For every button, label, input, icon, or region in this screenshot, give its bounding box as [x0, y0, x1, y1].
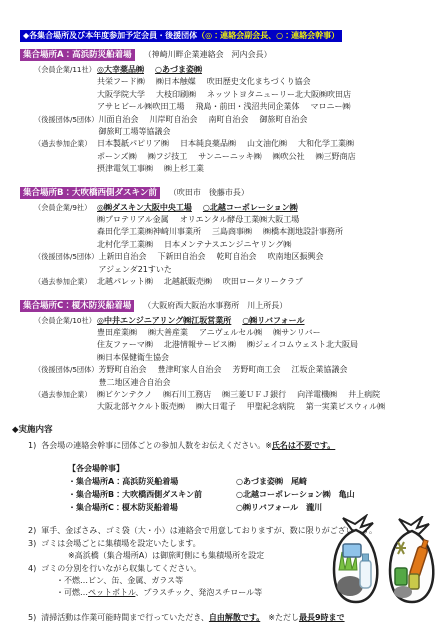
section-subtitle: （吹田市 後藤市長） [169, 188, 249, 197]
member-name: 乾町自治会 [217, 252, 257, 261]
item-number: 4) [28, 564, 36, 573]
meeting-section-A: 集合場所A：高浜防災船着場（神崎川畔企業連絡会 河内会長）（会員企業/11社）◎… [20, 45, 442, 176]
member-line: アサヒビール㈱吹田工場飛島・前田・浅沼共同企業体マロニー㈱ [97, 101, 442, 113]
group-row: （過去参加企業）北越パレット㈱北越紙販売㈱吹田ロータリークラブ [34, 276, 442, 288]
text-part: 各会場の連絡会幹事に団体ごとの参加人数をお伝えください。※ [41, 441, 272, 450]
member-name: 御旅町自治会 [260, 115, 308, 124]
group-lines: ◎大幸薬品㈱○あづま姿㈱共栄フード㈱㈱日本触媒吹田歴史文化まちづくり協会大阪学院… [97, 64, 442, 114]
member-name: 甲聖紀念病院 [247, 402, 295, 411]
member-name: 川岸町自治会 [150, 115, 198, 124]
member-line: アジェンダ21すいた [99, 264, 442, 276]
member-name: ㈱三菱ＵＦＪ銀行 [222, 390, 286, 399]
document-header-bar: ◆各集合場所及び本年度参加予定会員・後援団体（◎：連絡会副会長、○：連絡会幹事） [20, 30, 342, 42]
text-part: 、プラスチック、発泡スチロール等 [135, 588, 262, 597]
group-lines: 川面自治会川岸町自治会南町自治会御旅町自治会御旅町工場等協議会 [99, 114, 442, 139]
member-name: ㈱日本保健衛生協会 [97, 353, 169, 362]
meeting-section-C: 集合場所C：榎木防災船着場（大阪府西大阪治水事務所 川上所長）（会員企業/10社… [20, 296, 442, 414]
member-name: アジェンダ21すいた [99, 265, 172, 274]
member-line: ㈱プロテリアル金属オリエンタル酵母工業㈱大阪工場 [97, 214, 442, 226]
member-name: 豊田産業㈱ [97, 328, 137, 337]
member-name: オリエンタル酵母工業㈱大阪工場 [180, 215, 300, 224]
item-text: ゴミは会場ごとに集積場を設定いたします。 [41, 539, 200, 548]
stewards-block-title: 【各会場幹事】 [68, 463, 442, 476]
member-line: 上新田自治会下新田自治会乾町自治会吹南地区振興会 [99, 251, 442, 263]
member-name: ㈱上杉工業 [164, 164, 204, 173]
member-name: 豊二地区連合自治会 [99, 378, 171, 387]
member-name: 飛島・前田・浅沼共同企業体 [196, 102, 300, 111]
member-name: 森田化学工業㈱神崎川事業所 [97, 227, 201, 236]
section-title: 集合場所B：大吹橋西側ダスキン前 [20, 187, 160, 199]
member-name: ㈱ビケンテクノ [97, 390, 152, 399]
text-part: ・可燃… [56, 588, 88, 597]
member-line: 共栄フード㈱㈱日本触媒吹田歴史文化まちづくり協会 [97, 76, 442, 88]
stewards-block: 【各会場幹事】・集合場所A：高浜防災船着場○あづま姿㈱ 尾崎・集合場所B：大吹橋… [68, 463, 442, 514]
document-page: ◆各集合場所及び本年度参加予定会員・後援団体（◎：連絡会副会長、○：連絡会幹事）… [0, 0, 442, 626]
contact-person: ○あづま姿㈱ 尾崎 [236, 476, 307, 489]
member-name: アニヴェルセル㈱ [199, 328, 262, 337]
member-name: ○あづま姿㈱ [155, 65, 202, 74]
group-row: （会員企業/9社）◎㈱ダスキン大阪中央工場○北越コーポレーション㈱㈱プロテリアル… [34, 202, 442, 252]
meeting-sections: 集合場所A：高浜防災船着場（神崎川畔企業連絡会 河内会長）（会員企業/11社）◎… [0, 45, 442, 414]
member-line: 住友ファーマ㈱北港情報サービス㈱㈱ジェイコムウェスト北大阪局 [97, 339, 442, 351]
member-line: ◎大幸薬品㈱○あづま姿㈱ [97, 64, 442, 76]
trash-bags-illustration [329, 510, 439, 606]
member-name: 摂津電気工事㈱ [97, 164, 153, 173]
member-name: 共栄フード㈱ [97, 77, 145, 86]
meeting-place: ・集合場所B：大吹橋西側ダスキン前 [68, 489, 236, 502]
text-part: ペットボトル [88, 588, 135, 597]
member-name: ポーンズ㈱ [97, 152, 137, 161]
member-line: ㈱ビケンテクノ㈱石川工務店㈱三菱ＵＦＪ銀行向洋電機㈱井上病院 [97, 389, 442, 401]
group-lines: ㈱ビケンテクノ㈱石川工務店㈱三菱ＵＦＪ銀行向洋電機㈱井上病院大阪北部ヤクルト販売… [97, 389, 442, 414]
text-part: ※ただし [260, 613, 299, 622]
member-line: 豊二地区連合自治会 [99, 377, 442, 389]
garbage-bag-icon-left [329, 514, 383, 606]
contact-person: ○北越コーポレーション㈱ 亀山 [236, 489, 355, 502]
member-name: 向洋電機㈱ [297, 390, 337, 399]
group-label: （過去参加企業） [34, 389, 97, 401]
member-name: 山文油化㈱ [247, 139, 287, 148]
group-lines: 日本製紙パピリア㈱日本純良薬品㈱山文油化㈱大和化学工業㈱ポーンズ㈱㈱フジ技工サン… [97, 138, 442, 175]
text-part: 氏名は不要です。 [272, 441, 335, 450]
impl-numbered-item: 5)清掃活動は作業可能時間まで行っていただき、自由解散です。 ※ただし最長9時ま… [28, 612, 442, 624]
section-heading: 集合場所C：榎木防災船着場（大阪府西大阪治水事務所 川上所長） [20, 296, 442, 313]
member-name: ○北越コーポレーション㈱ [203, 203, 298, 212]
member-name: ㈱三野商店 [316, 152, 356, 161]
member-name: 江坂企業協議会 [292, 365, 348, 374]
group-label: （会員企業/9社） [34, 202, 97, 214]
item-number: 2) [28, 526, 36, 535]
header-title: ◆各集合場所及び本年度参加予定会員・後援団体 [23, 31, 197, 40]
member-name: 川面自治会 [99, 115, 139, 124]
member-line: ポーンズ㈱㈱フジ技工サンニーニッキ㈱㈱吹公社㈱三野商店 [97, 151, 442, 163]
header-legend: （◎：連絡会副会長、○：連絡会幹事） [197, 31, 339, 40]
member-name: 下新田自治会 [158, 252, 206, 261]
member-name: ネッツトヨタニューリー北大阪㈱吹田店 [207, 90, 351, 99]
group-label: （過去参加企業） [34, 276, 97, 288]
group-lines: ◎中井エンジニアリング㈱江坂営業所○㈱リバフォール豊田産業㈱㈱大善産業アニヴェル… [97, 315, 442, 365]
group-label: （後援団体/5団体） [34, 114, 99, 126]
steward-row: ・集合場所B：大吹橋西側ダスキン前○北越コーポレーション㈱ 亀山 [68, 489, 442, 502]
member-line: 北村化学工業㈱日本メンテナスエンジニヤリング㈱ [97, 239, 442, 251]
member-line: 日本製紙パピリア㈱日本純良薬品㈱山文油化㈱大和化学工業㈱ [97, 138, 442, 150]
member-name: 北越紙販売㈱ [164, 277, 212, 286]
meeting-section-B: 集合場所B：大吹橋西側ダスキン前（吹田市 後藤市長）（会員企業/9社）◎㈱ダスキ… [20, 183, 442, 289]
member-line: 摂津電気工事㈱㈱上杉工業 [97, 163, 442, 175]
member-name: ㈱サンリバー [273, 328, 320, 337]
implementation-heading: ◆実施内容 [12, 424, 442, 437]
group-lines: 芳野町自治会豊津町家人自治会芳野町商工会江坂企業協議会豊二地区連合自治会 [99, 364, 442, 389]
member-name: 日本製紙パピリア㈱ [97, 139, 169, 148]
member-name: 大阪学院大学 [97, 90, 145, 99]
member-name: 御旅町工場等協議会 [99, 127, 171, 136]
member-name: 北港情報サービス㈱ [164, 340, 236, 349]
member-name: ㈱プロテリアル金属 [97, 215, 169, 224]
text-part: 軍手、金ばさみ、ゴミ袋（大・小）は連絡会で用意しておりますが、数に限りがございま… [41, 526, 377, 535]
member-name: ㈱大日電子 [196, 402, 236, 411]
contact-person: ○㈱リバフォール 瀧川 [236, 502, 322, 515]
member-name: 吹田ロータリークラブ [223, 277, 303, 286]
group-row: （会員企業/11社）◎大幸薬品㈱○あづま姿㈱共栄フード㈱㈱日本触媒吹田歴史文化ま… [34, 64, 442, 114]
group-label: （過去参加企業） [34, 138, 97, 150]
member-name: 井上病院 [348, 390, 380, 399]
meeting-place: ・集合場所C：榎木防災船着場 [68, 502, 236, 515]
item-text: 清掃活動は作業可能時間まで行っていただき、自由解散です。 ※ただし最長9時まで [41, 613, 344, 622]
item-text: ゴミの分別を行いながら収集してください。 [41, 564, 201, 573]
member-name: 三島商事㈱ [212, 227, 252, 236]
section-heading: 集合場所A：高浜防災船着場（神崎川畔企業連絡会 河内会長） [20, 45, 442, 62]
member-line: ㈱日本保健衛生協会 [97, 352, 442, 364]
member-line: 芳野町自治会豊津町家人自治会芳野町商工会江坂企業協議会 [99, 364, 442, 376]
impl-numbered-item: 1)各会場の連絡会幹事に団体ごとの参加人数をお伝えください。※氏名は不要です。 [28, 440, 442, 452]
item-number: 5) [28, 613, 36, 622]
text-part: 清掃活動は作業可能時間まで行っていただき、 [41, 613, 209, 622]
member-name: マロニー㈱ [311, 102, 351, 111]
member-name: ㈱石川工務店 [163, 390, 211, 399]
member-name: ㈱大善産業 [148, 328, 188, 337]
section-title: 集合場所C：榎木防災船着場 [20, 300, 134, 312]
member-line: ◎中井エンジニアリング㈱江坂営業所○㈱リバフォール [97, 315, 442, 327]
item-number: 3) [28, 539, 36, 548]
member-line: 森田化学工業㈱神崎川事業所三島商事㈱㈱橋本測地設計事務所 [97, 226, 442, 238]
group-label: （会員企業/10社） [34, 315, 97, 327]
member-name: アサヒビール㈱吹田工場 [97, 102, 185, 111]
member-name: サンニーニッキ㈱ [198, 152, 261, 161]
group-label: （会員企業/11社） [34, 64, 97, 76]
member-name: 北村化学工業㈱ [97, 240, 153, 249]
member-line: 御旅町工場等協議会 [99, 126, 442, 138]
member-name: 大阪北部ヤクルト販売㈱ [97, 402, 185, 411]
member-name: ㈱フジ技工 [148, 152, 188, 161]
text-part: ゴミは会場ごとに集積場を設定いたします。 [41, 539, 200, 548]
text-part: ゴミの分別を行いながら収集してください。 [41, 564, 201, 573]
group-row: （後援団体/5団体）川面自治会川岸町自治会南町自治会御旅町自治会御旅町工場等協議… [34, 114, 442, 139]
member-line: 川面自治会川岸町自治会南町自治会御旅町自治会 [99, 114, 442, 126]
member-name: 豊津町家人自治会 [158, 365, 222, 374]
member-name: 北越パレット㈱ [97, 277, 153, 286]
text-part: 自由解散です。 [209, 613, 260, 622]
item-text: 軍手、金ばさみ、ゴミ袋（大・小）は連絡会で用意しておりますが、数に限りがございま… [41, 526, 377, 535]
member-name: ㈱ジェイコムウェスト北大阪局 [247, 340, 358, 349]
group-label: （後援団体/5団体） [34, 364, 99, 376]
member-name: 吹田歴史文化まちづくり協会 [207, 77, 311, 86]
member-name: 第一実業ビスウィル㈱ [306, 402, 386, 411]
member-name: ◎中井エンジニアリング㈱江坂営業所 [97, 316, 231, 325]
steward-row: ・集合場所A：高浜防災船着場○あづま姿㈱ 尾崎 [68, 476, 442, 489]
member-line: 北越パレット㈱北越紙販売㈱吹田ロータリークラブ [97, 276, 442, 288]
section-heading: 集合場所B：大吹橋西側ダスキン前（吹田市 後藤市長） [20, 183, 442, 200]
member-name: 大和化学工業㈱ [298, 139, 354, 148]
group-row: （過去参加企業）㈱ビケンテクノ㈱石川工務店㈱三菱ＵＦＪ銀行向洋電機㈱井上病院大阪… [34, 389, 442, 414]
member-name: ㈱吹公社 [273, 152, 305, 161]
member-name: ○㈱リバフォール [242, 316, 304, 325]
group-row: （後援団体/5団体）芳野町自治会豊津町家人自治会芳野町商工会江坂企業協議会豊二地… [34, 364, 442, 389]
member-name: 南町自治会 [209, 115, 249, 124]
member-line: 大阪北部ヤクルト販売㈱㈱大日電子甲聖紀念病院第一実業ビスウィル㈱ [97, 401, 442, 413]
group-lines: 北越パレット㈱北越紙販売㈱吹田ロータリークラブ [97, 276, 442, 288]
group-row: （過去参加企業）日本製紙パピリア㈱日本純良薬品㈱山文油化㈱大和化学工業㈱ポーンズ… [34, 138, 442, 175]
text-part: ・不燃…ビン、缶、金属、ガラス等 [56, 576, 183, 585]
member-name: 大枝印刷㈱ [156, 90, 196, 99]
group-label: （後援団体/5団体） [34, 251, 99, 263]
section-title: 集合場所A：高浜防災船着場 [20, 49, 135, 61]
member-name: 日本メンテナスエンジニヤリング㈱ [164, 240, 291, 249]
section-subtitle: （神崎川畔企業連絡会 河内会長） [144, 50, 272, 59]
member-name: 芳野町商工会 [233, 365, 281, 374]
member-name: ◎㈱ダスキン大阪中央工場 [97, 203, 192, 212]
member-name: 芳野町自治会 [99, 365, 147, 374]
section-subtitle: （大阪府西大阪治水事務所 川上所長） [143, 301, 287, 310]
item-text: 各会場の連絡会幹事に団体ごとの参加人数をお伝えください。※氏名は不要です。 [41, 441, 335, 450]
member-line: 大阪学院大学大枝印刷㈱ネッツトヨタニューリー北大阪㈱吹田店 [97, 89, 442, 101]
group-row: （後援団体/5団体）上新田自治会下新田自治会乾町自治会吹南地区振興会アジェンダ2… [34, 251, 442, 276]
item-number: 1) [28, 441, 36, 450]
meeting-place: ・集合場所A：高浜防災船着場 [68, 476, 236, 489]
member-name: 日本純良薬品㈱ [180, 139, 236, 148]
member-name: 吹南地区振興会 [268, 252, 324, 261]
member-name: ㈱日本触媒 [156, 77, 196, 86]
group-row: （会員企業/10社）◎中井エンジニアリング㈱江坂営業所○㈱リバフォール豊田産業㈱… [34, 315, 442, 365]
member-name: ㈱橋本測地設計事務所 [263, 227, 343, 236]
text-part: 最長9時まで [299, 613, 345, 622]
member-line: 豊田産業㈱㈱大善産業アニヴェルセル㈱㈱サンリバー [97, 327, 442, 339]
group-lines: ◎㈱ダスキン大阪中央工場○北越コーポレーション㈱㈱プロテリアル金属オリエンタル酵… [97, 202, 442, 252]
member-name: 上新田自治会 [99, 252, 147, 261]
member-name: 住友ファーマ㈱ [97, 340, 153, 349]
member-name: ◎大幸薬品㈱ [97, 65, 144, 74]
member-line: ◎㈱ダスキン大阪中央工場○北越コーポレーション㈱ [97, 202, 442, 214]
garbage-bag-icon-right [386, 516, 438, 606]
group-lines: 上新田自治会下新田自治会乾町自治会吹南地区振興会アジェンダ21すいた [99, 251, 442, 276]
